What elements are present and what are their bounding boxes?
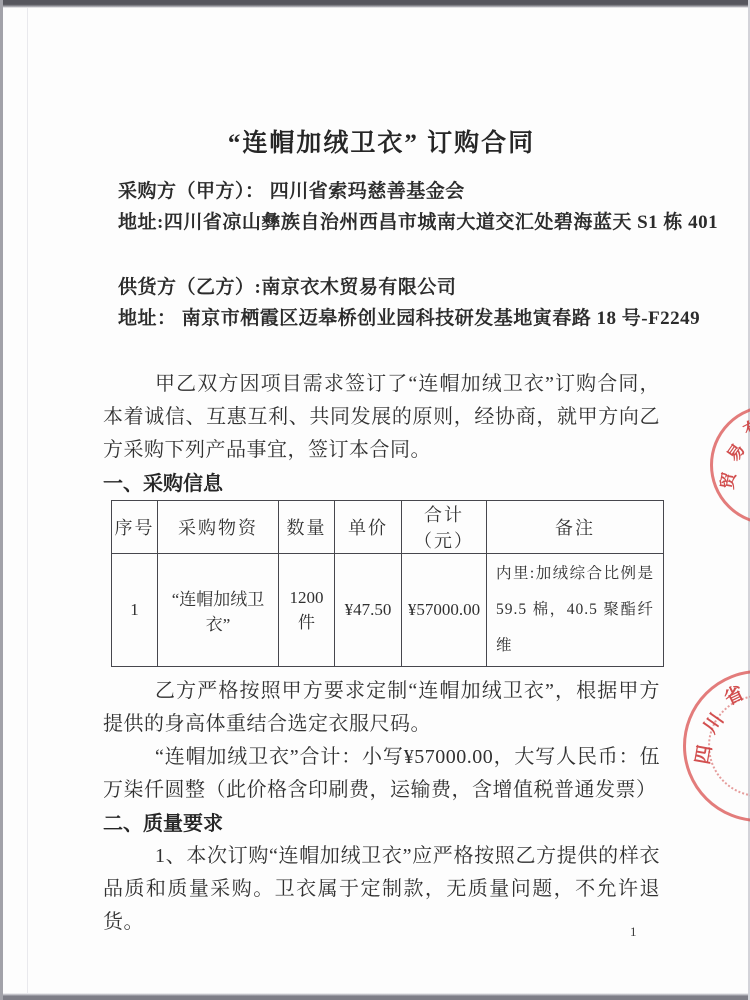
col-header-remark: 备注 [487, 501, 664, 554]
table-header-row: 序号 采购物资 数量 单价 合计（元） 备注 [112, 501, 664, 554]
seal-character: 贸 [713, 470, 741, 491]
supplier-address-line: 地址： 南京市栖霞区迈皋桥创业园科技研发基地寅春路 18 号-F2249 [118, 303, 660, 334]
buyer-line: 采购方（甲方）： 四川省索玛慈善基金会 [118, 176, 660, 207]
table-row: 1 “连帽加绒卫衣” 1200 件 ¥47.50 ¥57000.00 内里:加绒… [112, 554, 664, 667]
seal-character: 四 [688, 743, 718, 766]
col-header-total: 合计（元） [402, 501, 487, 554]
cell-quantity: 1200 件 [279, 554, 335, 667]
quality-paragraph: 1、本次订购“连帽加绒卫衣”应严格按照乙方提供的样衣品质和质量采购。卫衣属于定制… [103, 840, 660, 939]
procurement-table: 序号 采购物资 数量 单价 合计（元） 备注 1 “连帽加绒卫衣” 1200 件… [111, 500, 664, 667]
col-header-unit-price: 单价 [335, 501, 402, 554]
buyer-address-line: 地址:四川省凉山彝族自治州西昌市城南大道交汇处碧海蓝天 S1 栋 401 [118, 207, 660, 238]
paper-edge-line [27, 8, 28, 994]
buyer-seal-stamp: 省 川 四 [683, 670, 750, 822]
col-header-quantity: 数量 [279, 501, 335, 554]
supplier-seal-stamp: 有 易 贸 [710, 405, 750, 525]
scan-edge-top [0, 0, 750, 8]
cell-remark: 内里:加绒综合比例是 59.5 棉，40.5 聚酯纤维 [487, 554, 664, 667]
cell-unit-price: ¥47.50 [335, 554, 402, 667]
contract-title: “连帽加绒卫衣” 订购合同 [103, 126, 660, 162]
col-header-item: 采购物资 [158, 501, 279, 554]
supplier-line: 供货方（乙方）:南京衣木贸易有限公司 [118, 272, 660, 303]
cell-total: ¥57000.00 [402, 554, 487, 667]
total-amount-paragraph: “连帽加绒卫衣”合计：小写¥57000.00，大写人民币：伍万柒仟圆整（此价格含… [103, 741, 660, 807]
page-number: 1 [630, 924, 637, 940]
scan-edge-left [0, 0, 3, 1000]
scan-edge-bottom [0, 993, 750, 1000]
contract-body: “连帽加绒卫衣” 订购合同 采购方（甲方）： 四川省索玛慈善基金会 地址:四川省… [103, 126, 660, 939]
seal-character: 有 [738, 411, 750, 441]
scanned-contract-page: “连帽加绒卫衣” 订购合同 采购方（甲方）： 四川省索玛慈善基金会 地址:四川省… [0, 0, 750, 1000]
section1-heading: 一、采购信息 [103, 470, 660, 498]
cell-index: 1 [112, 554, 158, 667]
section2-heading: 二、质量要求 [103, 810, 660, 838]
intro-paragraph: 甲乙双方因项目需求签订了“连帽加绒卫衣”订购合同，本着诚信、互惠互利、共同发展的… [103, 368, 660, 467]
cell-item: “连帽加绒卫衣” [158, 554, 279, 667]
seal-character: 易 [719, 437, 749, 465]
customization-paragraph: 乙方严格按照甲方要求定制“连帽加绒卫衣”，根据甲方提供的身高体重结合选定衣服尺码… [103, 675, 660, 741]
col-header-index: 序号 [112, 501, 158, 554]
